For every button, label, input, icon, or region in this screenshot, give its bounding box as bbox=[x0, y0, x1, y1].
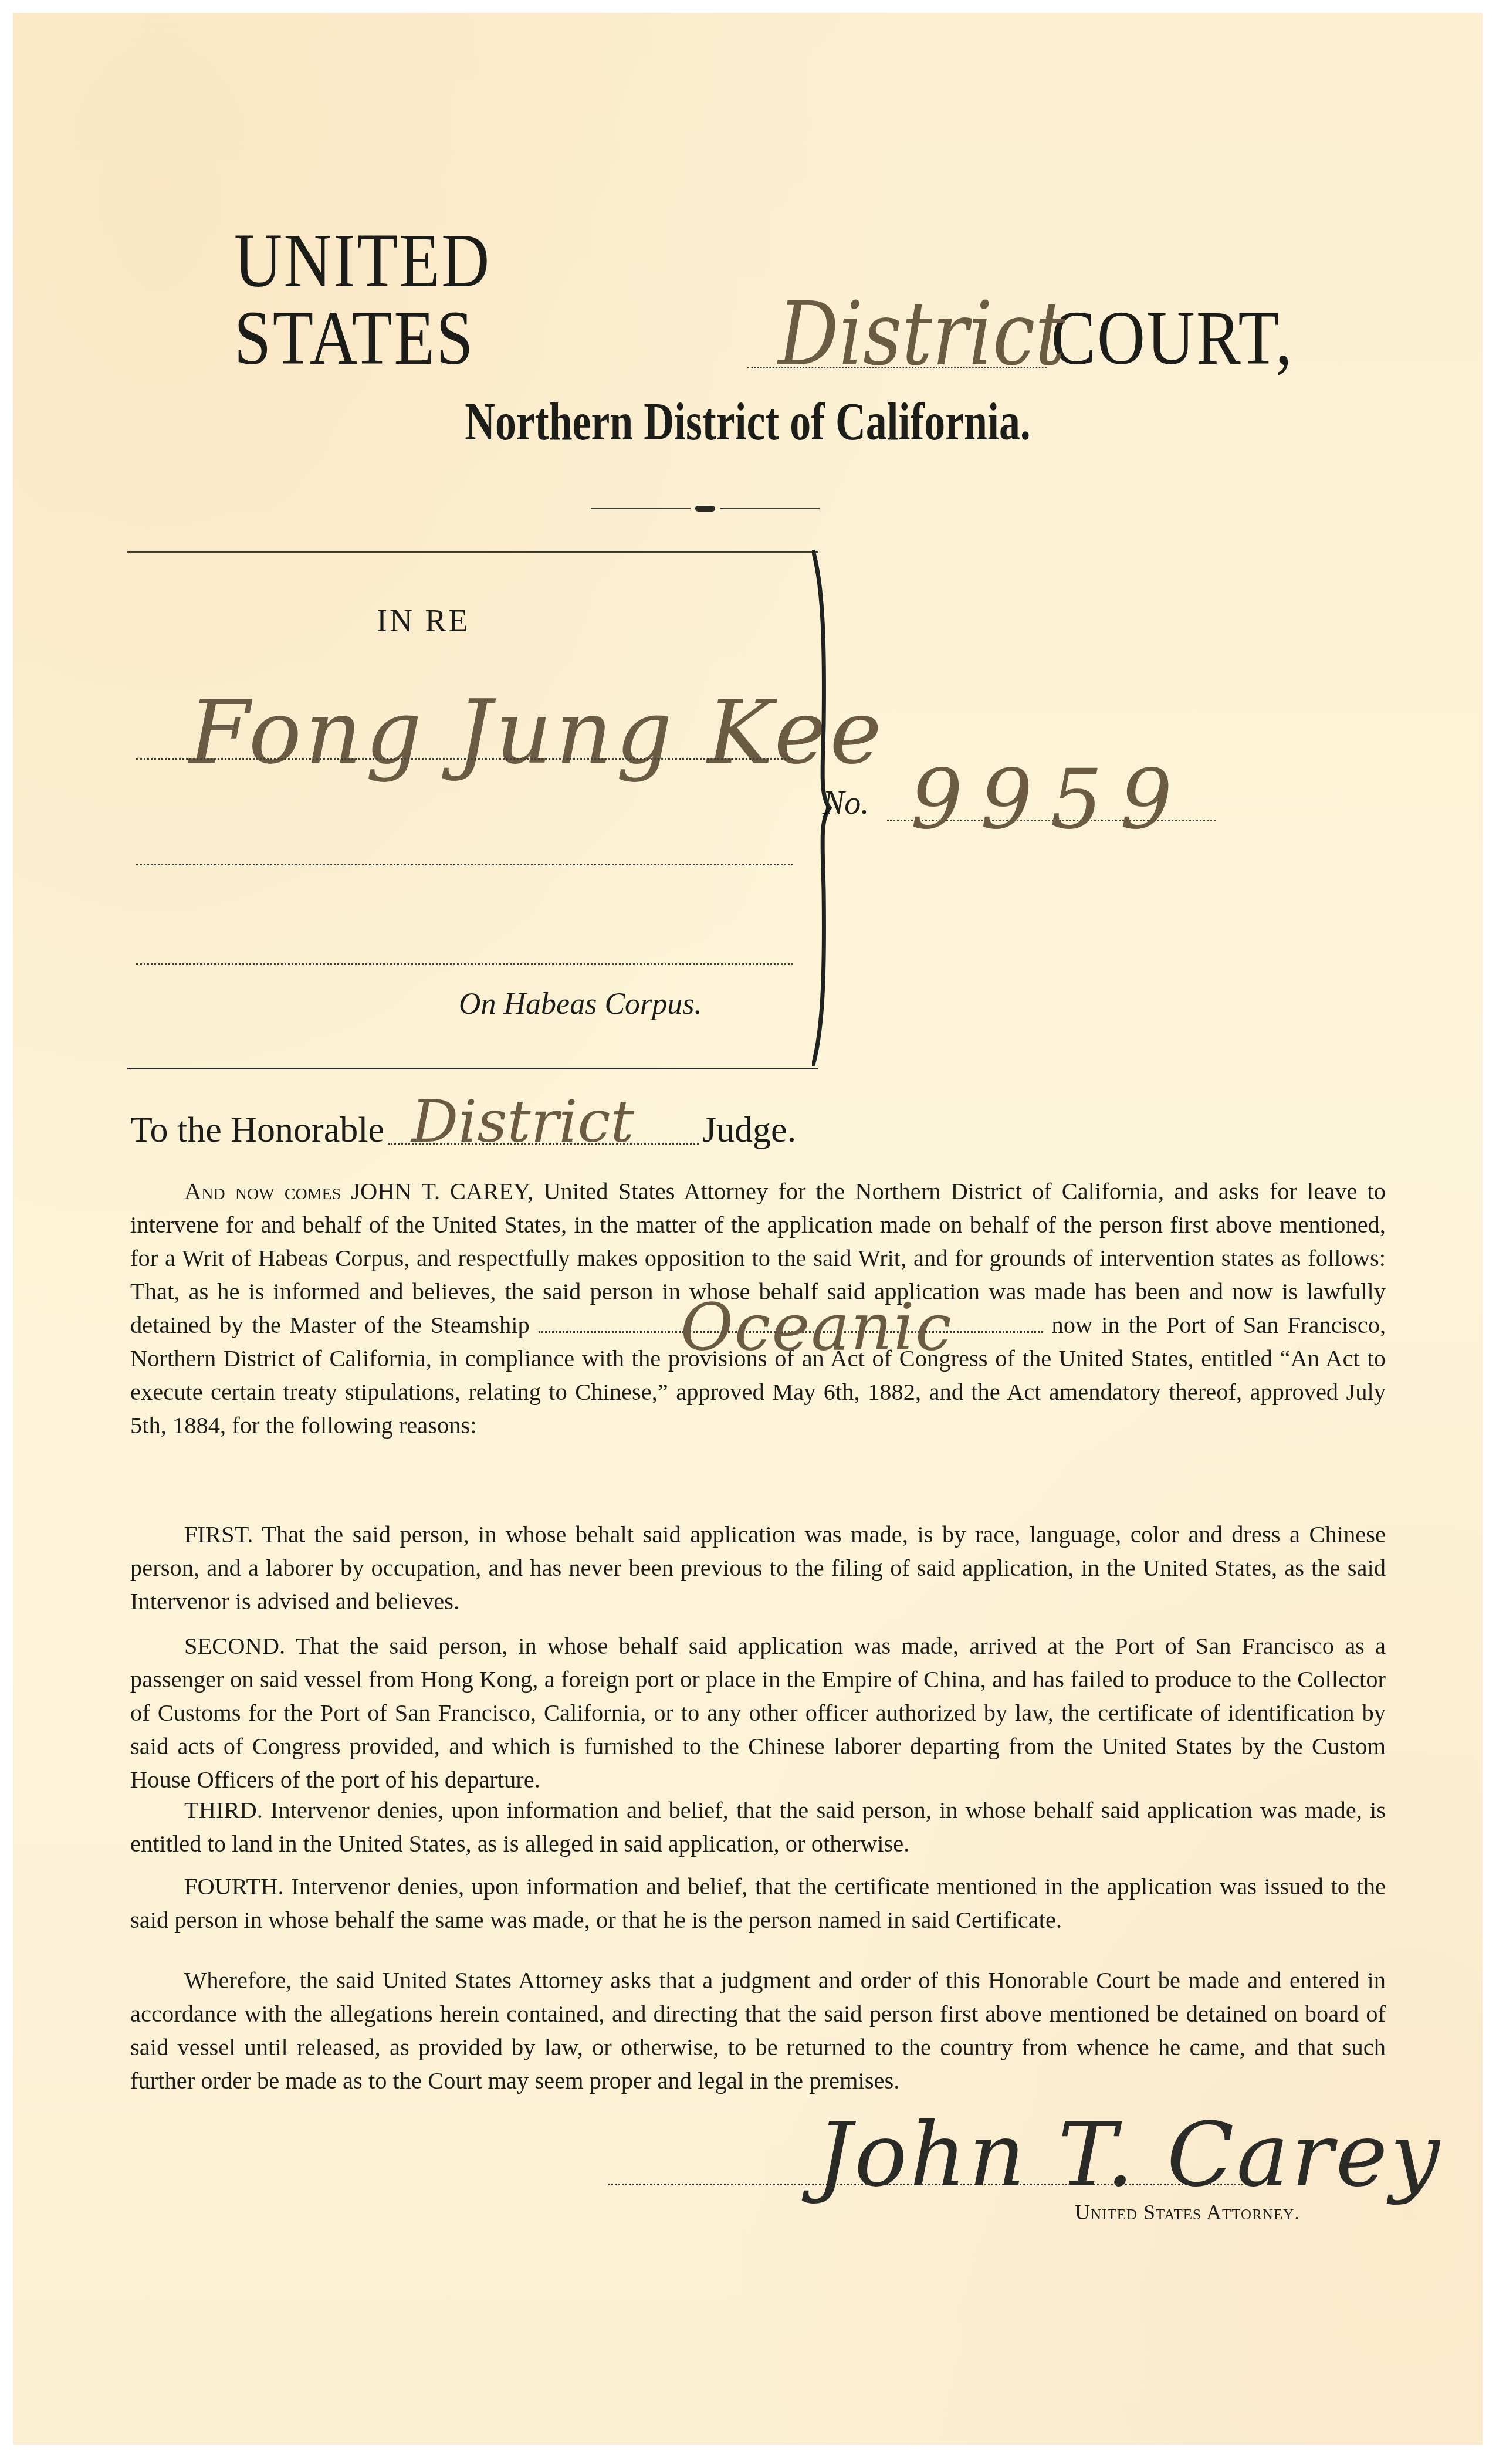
steamship-name-handwritten: Oceanic bbox=[627, 1311, 953, 1344]
paragraph-second: SECOND. That the said person, in whose b… bbox=[130, 1629, 1386, 1796]
petitioner-line-3 bbox=[136, 963, 793, 965]
intro-lead: And now comes bbox=[184, 1178, 341, 1204]
court-type-handwritten: District bbox=[778, 290, 1065, 378]
petitioner-name-handwritten: Fong Jung Kee bbox=[189, 682, 885, 784]
case-number-label: No. bbox=[823, 784, 869, 822]
judge-address: To the Honorable District Judge. bbox=[130, 1095, 796, 1148]
district-subtitle: Northern District of California. bbox=[175, 394, 1321, 448]
fourth-text: FOURTH. Intervenor denies, upon informat… bbox=[130, 1870, 1386, 1937]
court-type-field: District bbox=[748, 302, 1047, 368]
signature-handwritten: John T. Carey bbox=[817, 2104, 1442, 2206]
proceeding-label: On Habeas Corpus. bbox=[459, 987, 702, 1021]
wherefore-text: Wherefore, the said United States Attorn… bbox=[130, 1964, 1386, 2097]
petitioner-line-2 bbox=[136, 864, 793, 865]
paragraph-third: THIRD. Intervenor denies, upon informati… bbox=[130, 1793, 1386, 1860]
case-number-handwritten: 9959 bbox=[911, 752, 1190, 848]
address-prefix: To the Honorable bbox=[130, 1112, 384, 1148]
caption-top-rule bbox=[127, 551, 818, 553]
caption-bottom-rule bbox=[127, 1068, 818, 1069]
intro-paragraph: And now comes JOHN T. CAREY, United Stat… bbox=[130, 1175, 1386, 1442]
petitioner-line-1 bbox=[136, 758, 793, 760]
in-re-label: IN RE bbox=[377, 603, 470, 639]
document-page: UNITED STATES District COURT, Northern D… bbox=[13, 13, 1483, 2445]
steamship-field: Oceanic bbox=[539, 1310, 1043, 1333]
paragraph-first: FIRST. That the said person, in whose be… bbox=[130, 1518, 1386, 1618]
title-suffix: COURT, bbox=[1051, 299, 1294, 377]
second-text: SECOND. That the said person, in whose b… bbox=[130, 1629, 1386, 1796]
signer-title: United States Attorney. bbox=[1075, 2200, 1300, 2225]
first-text: FIRST. That the said person, in whose be… bbox=[130, 1518, 1386, 1618]
title-prefix: UNITED STATES bbox=[234, 222, 744, 377]
paragraph-wherefore: Wherefore, the said United States Attorn… bbox=[130, 1964, 1386, 2097]
court-title: UNITED STATES District COURT, bbox=[234, 289, 1294, 377]
address-suffix: Judge. bbox=[702, 1112, 796, 1148]
ornament-divider bbox=[591, 506, 820, 512]
judge-type-handwritten: District bbox=[411, 1092, 634, 1151]
judge-type-field: District bbox=[388, 1108, 699, 1145]
third-text: THIRD. Intervenor denies, upon informati… bbox=[130, 1793, 1386, 1860]
paragraph-fourth: FOURTH. Intervenor denies, upon informat… bbox=[130, 1870, 1386, 1937]
